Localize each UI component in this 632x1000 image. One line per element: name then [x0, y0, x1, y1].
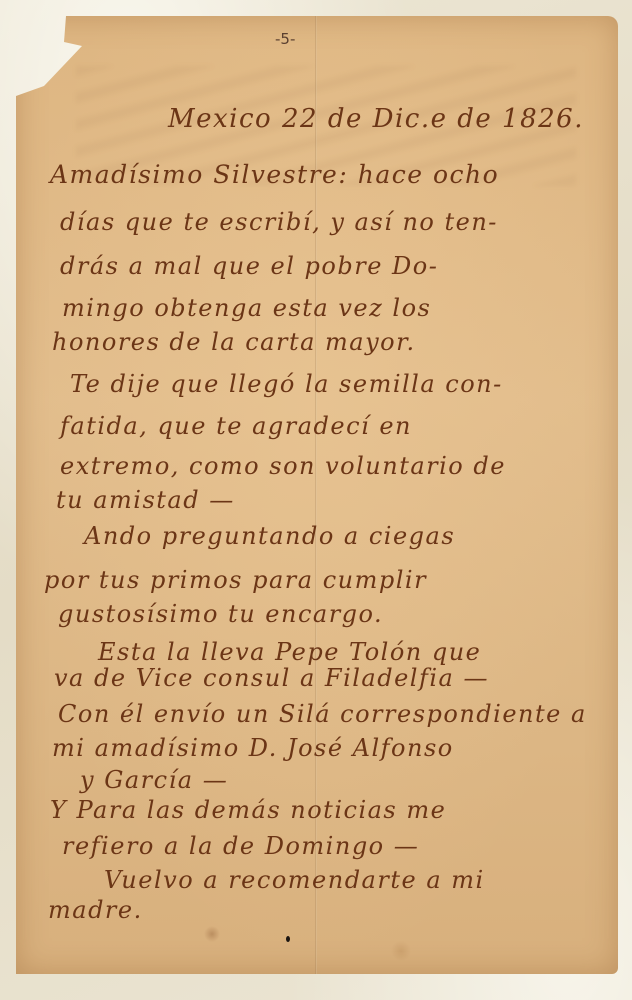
letter-line-20: Vuelvo a recomendarte a mi	[104, 866, 485, 894]
letter-line-13: Esta la lleva Pepe Tolón que	[98, 638, 481, 666]
letter-line-4: mingo obtenga esta vez los	[62, 294, 431, 322]
letter-line-18: Y Para las demás noticias me	[50, 796, 446, 824]
letter-line-9: tu amistad —	[56, 486, 235, 514]
letter-line-12: gustosísimo tu encargo.	[58, 600, 383, 628]
letter-line-6: Te dije que llegó la semilla con-	[70, 370, 503, 398]
letter-line-3: drás a mal que el pobre Do-	[60, 252, 438, 280]
letter-line-14: va de Vice consul a Filadelfia —	[54, 664, 489, 692]
letter-line-19: refiero a la de Domingo —	[62, 832, 419, 860]
letter-line-2: días que te escribí, y así no ten-	[60, 208, 498, 236]
dateline: Mexico 22 de Dic.e de 1826.	[168, 104, 584, 134]
letter-line-16: mi amadísimo D. José Alfonso	[52, 734, 454, 762]
letter-line-21: madre.	[48, 896, 143, 924]
letter-line-11: por tus primos para cumplir	[44, 566, 427, 594]
page-number: -5-	[275, 30, 295, 48]
letter-line-5: honores de la carta mayor.	[52, 328, 416, 356]
letter-line-10: Ando preguntando a ciegas	[84, 522, 455, 550]
letter-line-17: y García —	[80, 766, 228, 794]
letter-line-15: Con él envío un Silá correspondiente a	[58, 700, 587, 728]
ink-spot	[286, 936, 290, 942]
letter-line-7: fatida, que te agradecí en	[60, 412, 412, 440]
letter-line-1: Amadísimo Silvestre: hace ocho	[50, 160, 499, 189]
letter-line-8: extremo, como son voluntario de	[60, 452, 506, 480]
